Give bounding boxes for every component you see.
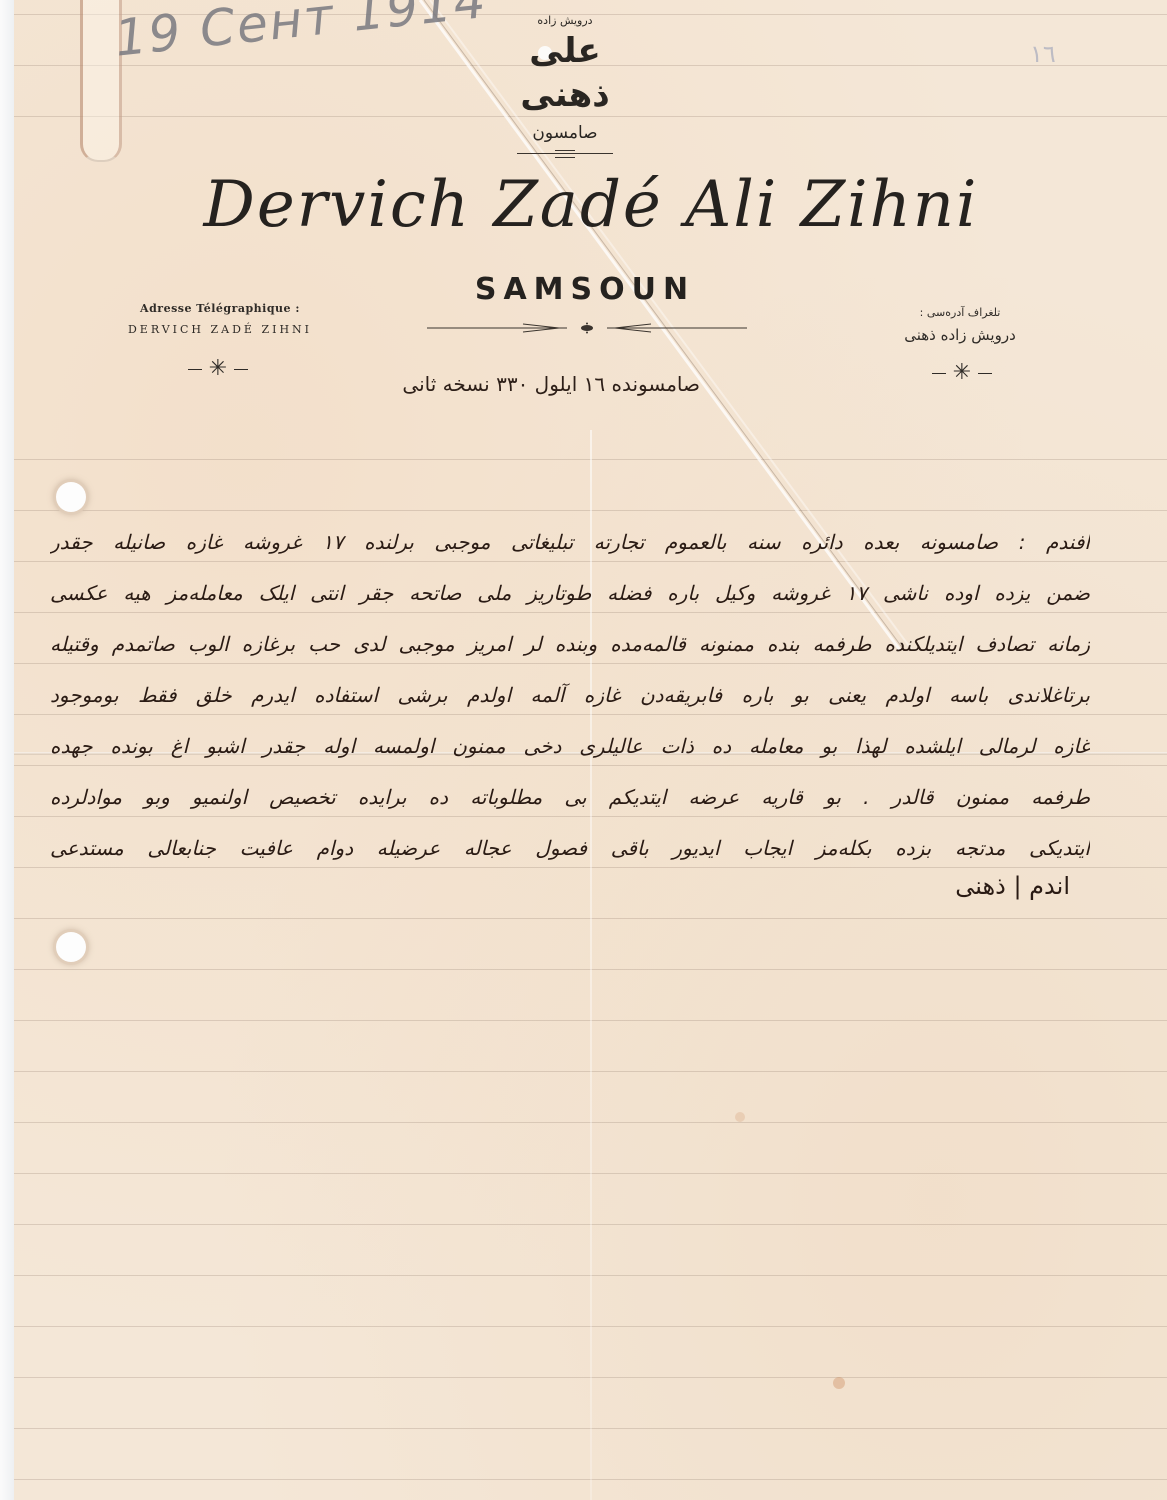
scan-edge bbox=[0, 0, 14, 1500]
monogram-top-text: درویش زاده bbox=[500, 14, 630, 27]
punch-hole bbox=[56, 482, 86, 512]
telegraph-value-ottoman: درویش زاده ذهنی bbox=[850, 326, 1070, 344]
stain bbox=[735, 1112, 745, 1122]
body-line: زمانه تصادف ایتدیلکنده طرفمه بنده ممنونه… bbox=[50, 622, 1090, 673]
body-line: ایتدیکی مدتجه بزده بکلەمز ایجاب ایدیور ب… bbox=[50, 826, 1090, 877]
telegraph-label: Adresse Télégraphique : bbox=[60, 302, 380, 315]
city-name: SAMSOUN bbox=[430, 272, 740, 307]
stain bbox=[833, 1377, 845, 1389]
telegraph-label-ottoman: تلغراف آدرەسی : bbox=[850, 306, 1070, 319]
letterhead-monogram: درویش زاده علی ذهنی صامسون bbox=[500, 14, 630, 154]
body-line: طرفمه ممنون قالدر . بو قاریه عرضه ایتدیک… bbox=[50, 775, 1090, 826]
star-ornament-icon: ✳ bbox=[932, 360, 992, 385]
signature: اندم | ذهنی bbox=[850, 872, 1070, 900]
letter-date-line: صامسونده ١٦ ایلول ٣٣٠ نسخه ثانی bbox=[320, 372, 700, 396]
telegraph-value: DERVICH ZADÉ ZIHNI bbox=[60, 323, 380, 336]
letter-body: افندم : صامسونه بعده دائره سنه بالعموم ت… bbox=[50, 520, 1090, 877]
tughra-monogram-icon: علی ذهنی bbox=[500, 29, 630, 117]
monogram-city: صامسون bbox=[500, 123, 630, 143]
star-ornament-icon: ✳ bbox=[188, 356, 248, 381]
body-line: افندم : صامسونه بعده دائره سنه بالعموم ت… bbox=[50, 520, 1090, 571]
folio-number-annotation: ١٦ bbox=[1030, 40, 1056, 68]
body-line: غازه لرمالی ایلشده لهذا بو معامله ده ذات… bbox=[50, 724, 1090, 775]
ornament-divider-icon bbox=[517, 153, 613, 154]
telegraph-address-french: Adresse Télégraphique : DERVICH ZADÉ ZIH… bbox=[60, 302, 380, 336]
firm-name: Dervich Zadé Ali Zihni bbox=[196, 168, 986, 242]
punch-hole bbox=[56, 932, 86, 962]
body-line: برتاغلاندی باسه اولدم یعنی بو باره فابری… bbox=[50, 673, 1090, 724]
body-line: ضمن یزده اوده ناشی ١٧ غروشه وکیل باره فض… bbox=[50, 571, 1090, 622]
ornament-rule-icon bbox=[427, 322, 747, 334]
telegraph-address-ottoman: تلغراف آدرەسی : درویش زاده ذهنی bbox=[850, 306, 1070, 344]
